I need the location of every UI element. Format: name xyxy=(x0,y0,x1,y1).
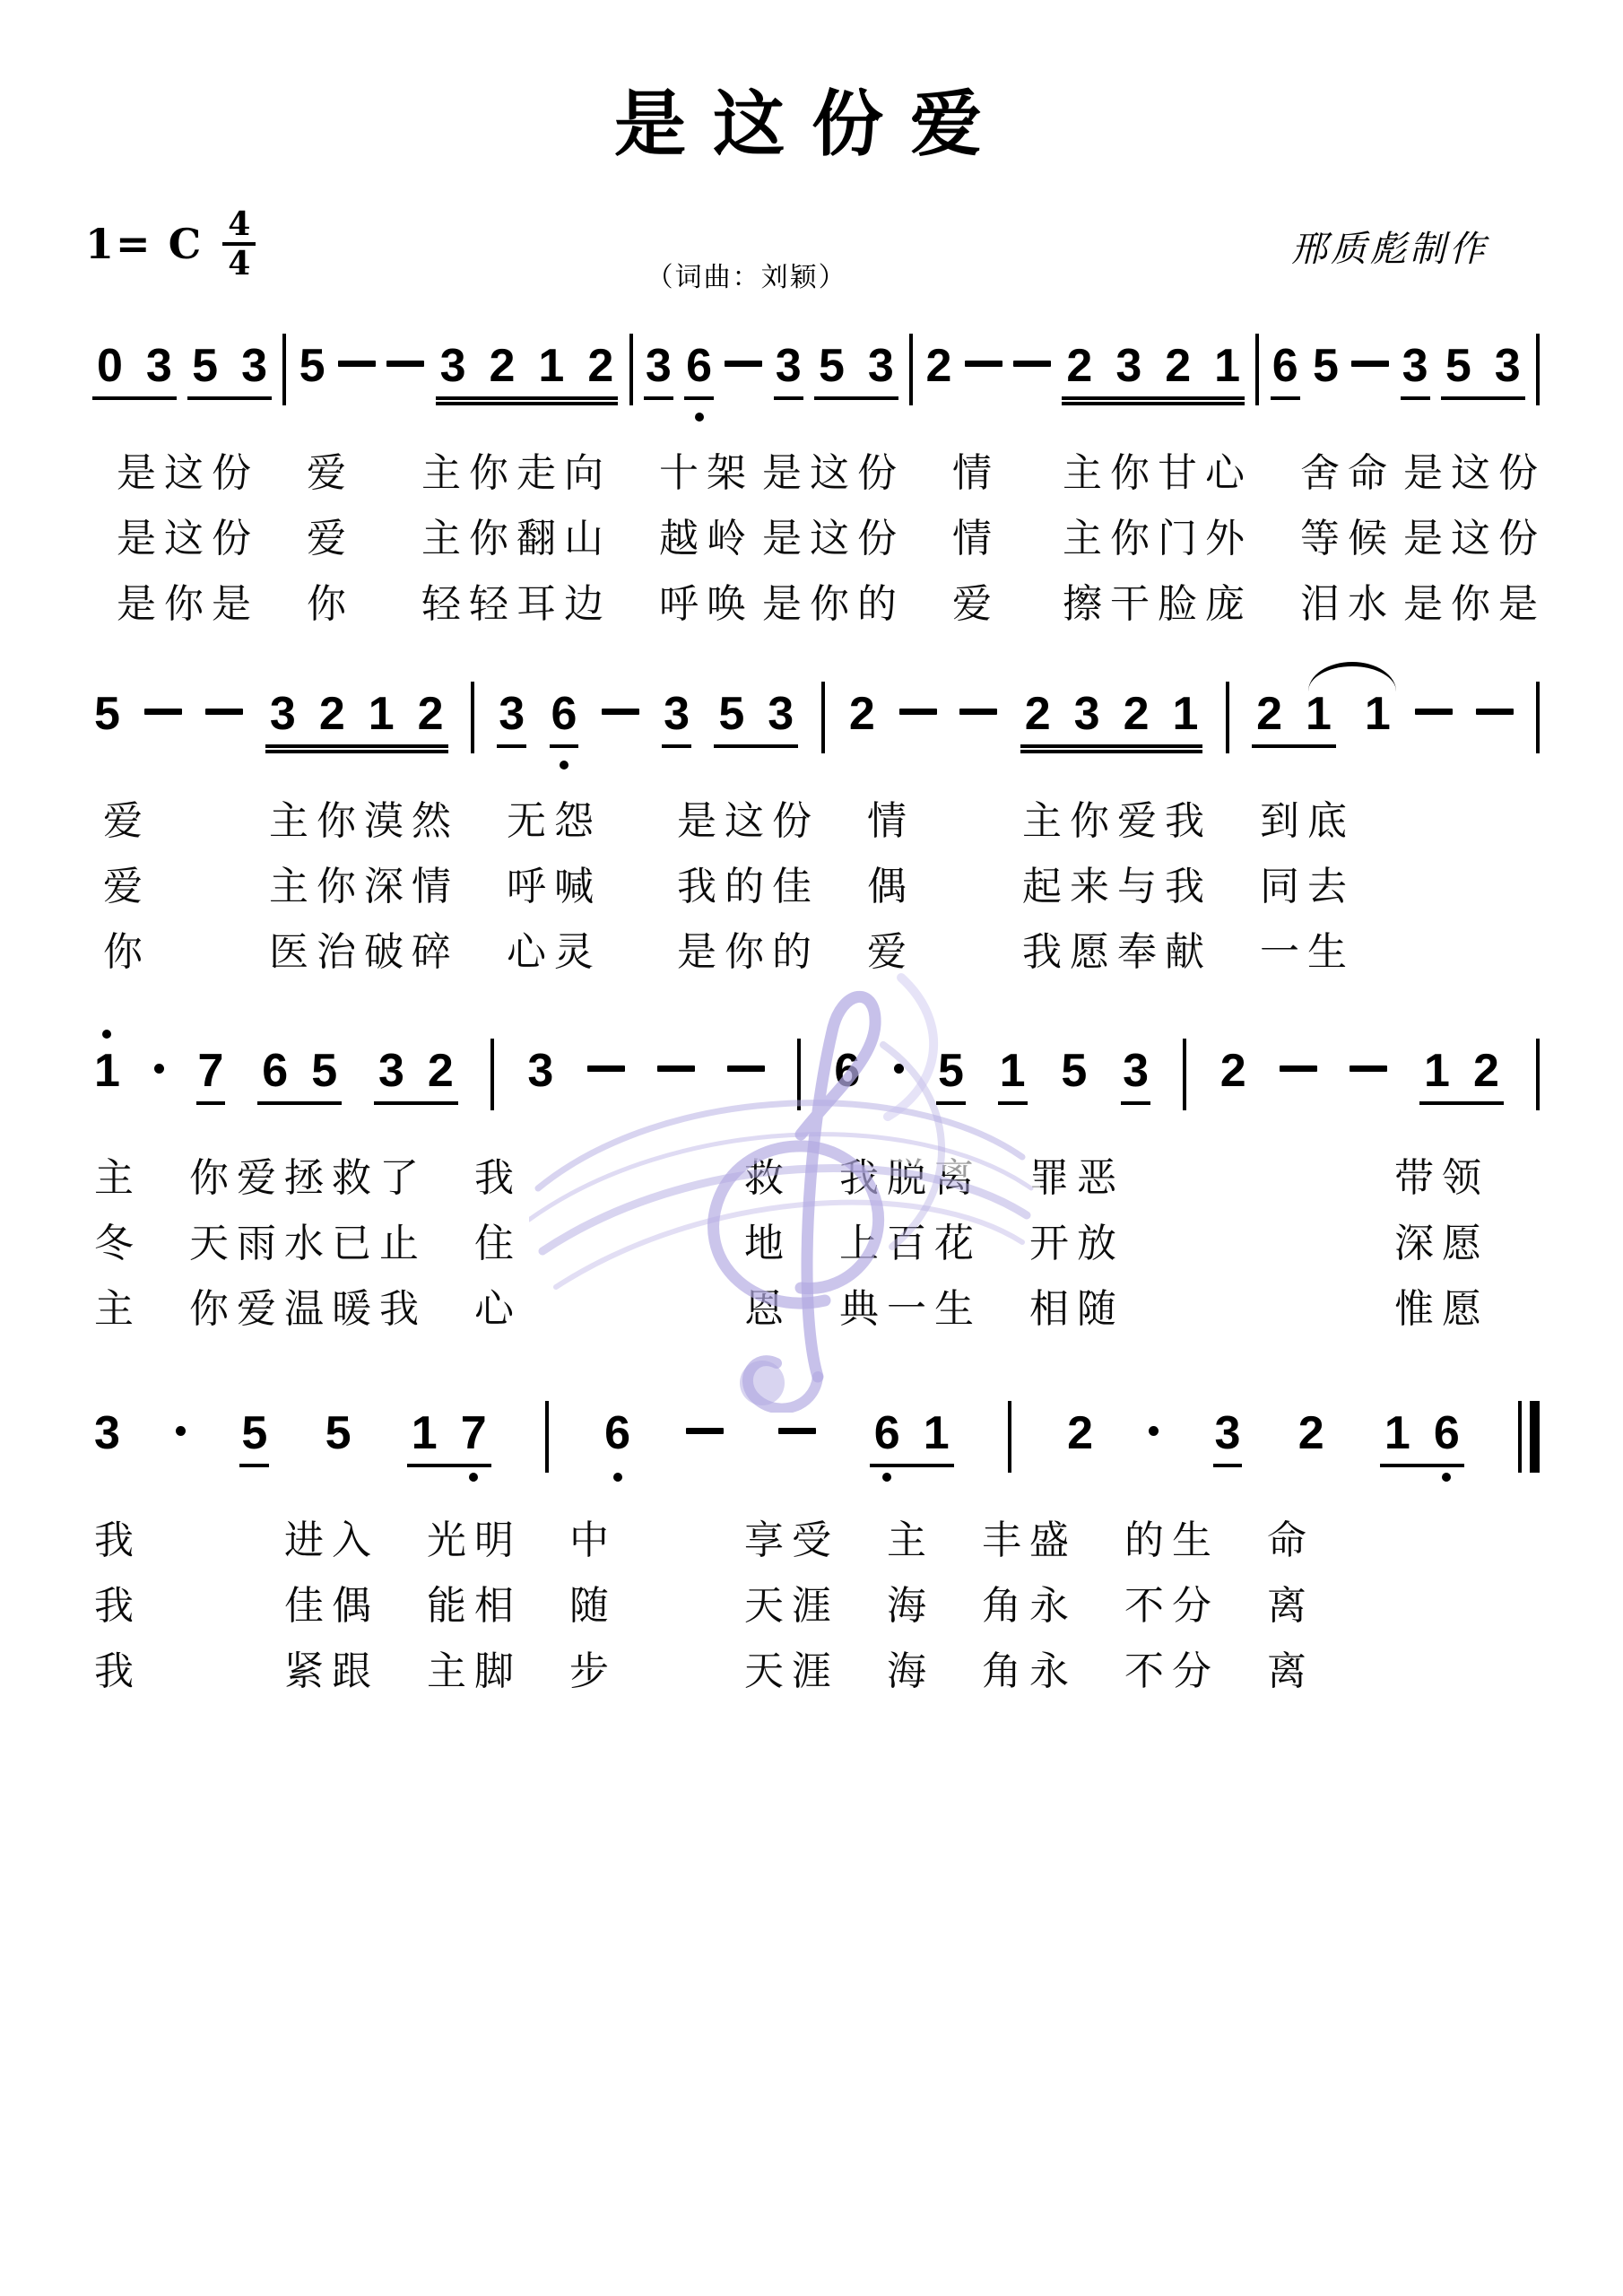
lyric-segment: 是这份 爱 xyxy=(117,518,421,560)
duration-dash xyxy=(778,1428,816,1434)
note-digit: 2 xyxy=(428,1048,454,1094)
note-digit: 3 xyxy=(440,343,466,389)
duration-dash xyxy=(602,709,639,715)
note-digit: 1 xyxy=(1306,691,1332,737)
note-digit: 1 xyxy=(1000,1048,1026,1094)
lyrics-row-verse2: 是这份 爱主你翻山 越岭是这份 情主你门外 等候是这份 xyxy=(85,518,1547,560)
note-digit: 1 xyxy=(1365,691,1391,737)
note-digit: 7 xyxy=(461,1410,487,1457)
note: 2 xyxy=(319,691,345,737)
note-digit: 2 xyxy=(418,691,444,737)
lyric-segment: 天涯 海 角永 不分 离 xyxy=(744,1651,1315,1692)
lyrics-row-verse2: 冬 天雨水已止 住地 上百花 开放深愿 xyxy=(85,1223,1547,1265)
note-digit: 5 xyxy=(938,1048,964,1094)
note: 3 xyxy=(378,1048,404,1094)
note-digit: 2 xyxy=(849,691,875,737)
lyric-segment: 深愿 xyxy=(1394,1223,1489,1265)
note-digit: 6 xyxy=(834,1048,860,1094)
note-digit: 2 xyxy=(1165,343,1191,389)
music-system-3: 176532365153212 主 你爱拯救了 我救 我脱离 罪恶带领 冬 天雨… xyxy=(85,1028,1547,1331)
note: 2 xyxy=(1473,1048,1499,1094)
note: 5 xyxy=(92,691,122,737)
note: 1 xyxy=(924,1410,950,1457)
note: 3 xyxy=(1115,343,1141,389)
note-digit: 2 xyxy=(319,691,345,737)
note: 1 xyxy=(1306,691,1332,737)
note-digit: 5 xyxy=(311,1048,337,1094)
note-digit: 5 xyxy=(299,343,325,389)
barline xyxy=(1536,682,1540,753)
note: 3 xyxy=(662,691,691,748)
lyric-segment: 你 xyxy=(103,932,269,973)
note: 3 xyxy=(1401,343,1430,400)
note: 7 xyxy=(196,1048,226,1105)
note: 6 xyxy=(832,1048,862,1094)
beam-group: 32 xyxy=(374,1048,458,1105)
duration-dash xyxy=(587,1065,625,1072)
beam-group: 3212 xyxy=(265,691,448,748)
note: 1 xyxy=(538,343,564,389)
barline xyxy=(1226,682,1229,753)
barline xyxy=(909,334,913,405)
note-digit: 6 xyxy=(686,343,712,389)
duration-dash xyxy=(1350,1065,1387,1072)
note: 1 xyxy=(1384,1410,1410,1457)
note: 6 xyxy=(874,1410,900,1457)
barline xyxy=(471,682,474,753)
notation-line: 532123635322321211 xyxy=(85,671,1547,777)
beam-group: 17 xyxy=(407,1410,491,1467)
duration-dash xyxy=(727,1065,765,1072)
duration-dash xyxy=(959,709,997,715)
lyric-segment: 我 进入 光明 中 xyxy=(94,1520,744,1561)
barline xyxy=(1183,1039,1186,1110)
note-digit: 6 xyxy=(604,1410,630,1457)
note: 0 xyxy=(97,343,123,389)
note-digit: 3 xyxy=(1115,343,1141,389)
time-signature: 4 4 xyxy=(222,208,256,280)
lyric-segment: 爱 xyxy=(103,801,269,842)
lyrics-row-verse2: 我 佳偶 能相 随天涯 海 角永 不分 离 xyxy=(85,1586,1547,1627)
note: 2 xyxy=(924,343,954,389)
note: 3 xyxy=(497,691,526,748)
note: 7 xyxy=(461,1410,487,1457)
note: 2 xyxy=(1025,691,1051,737)
key-label: 1= C xyxy=(85,220,203,268)
lyric-segment: 我的佳 偶 xyxy=(677,866,1022,908)
duration-dash xyxy=(144,709,182,715)
duration-dash xyxy=(657,1065,695,1072)
note: 3 xyxy=(1213,1410,1243,1467)
note-digit: 3 xyxy=(378,1048,404,1094)
barline xyxy=(490,1039,494,1110)
note-digit: 5 xyxy=(1445,343,1471,389)
note-digit: 2 xyxy=(1066,343,1092,389)
note: 5 xyxy=(819,343,845,389)
note-digit: 2 xyxy=(1298,1410,1324,1457)
note: 2 xyxy=(1066,343,1092,389)
note-digit: 1 xyxy=(94,1048,120,1094)
note-digit: 1 xyxy=(1214,343,1240,389)
note-digit: 1 xyxy=(1424,1048,1450,1094)
note: 3 xyxy=(868,343,894,389)
notation-line: 3551766123216 xyxy=(85,1390,1547,1496)
duration-dash xyxy=(686,1428,724,1434)
lyrics-row-verse2: 爱主你深情 呼喊我的佳 偶起来与我 同去 xyxy=(85,866,1547,908)
augmentation-dot xyxy=(894,1064,904,1074)
lyric-segment: 是你是 你 xyxy=(117,584,421,625)
note-digit: 3 xyxy=(1495,343,1521,389)
note-digit: 1 xyxy=(412,1410,438,1457)
note-digit: 5 xyxy=(192,343,218,389)
note: 2 xyxy=(490,343,516,389)
octave-down-dot xyxy=(560,761,568,770)
lyric-segment: 是这份 爱 xyxy=(117,453,421,494)
lyrics-row-verse3: 你医治破碎 心灵是你的 爱我愿奉献 一生 xyxy=(85,932,1547,973)
lyric-segment: 主 你爱拯救了 我 xyxy=(94,1158,744,1199)
note-digit: 2 xyxy=(1473,1048,1499,1094)
duration-dash xyxy=(1476,709,1514,715)
lyric-segment: 主 你爱温暖我 心 xyxy=(94,1289,744,1330)
lyric-segment: 是你的 爱 xyxy=(677,932,1022,973)
lyric-segment: 恩 典一生 相随 xyxy=(744,1289,1394,1330)
lyrics-row-verse3: 是你是 你轻轻耳边 呼唤是你的 爱擦干脸庞 泪水是你是 xyxy=(85,584,1547,625)
beam-group: 61 xyxy=(870,1410,954,1467)
sheet-page: 是这份爱 1= C 4 4 （词曲：刘颖） 邢质彪制作 035353212363… xyxy=(0,0,1623,2296)
note-digit: 6 xyxy=(874,1410,900,1457)
lyric-segment: 我 紧跟 主脚 步 xyxy=(94,1651,744,1692)
note: 1 xyxy=(412,1410,438,1457)
note: 2 xyxy=(1124,691,1150,737)
augmentation-dot xyxy=(176,1426,186,1436)
note-digit: 3 xyxy=(94,1410,120,1457)
note-digit: 5 xyxy=(241,1410,267,1457)
maker-credit: 邢质彪制作 xyxy=(1291,221,1488,272)
note-digit: 3 xyxy=(1215,1410,1241,1457)
lyrics-row-verse1: 是这份 爱主你走向 十架是这份 情主你甘心 舍命是这份 xyxy=(85,453,1547,494)
note-digit: 1 xyxy=(1384,1410,1410,1457)
note-digit: 1 xyxy=(369,691,395,737)
duration-dash xyxy=(1280,1065,1317,1072)
note-digit: 3 xyxy=(270,691,296,737)
lyric-segment: 轻轻耳边 呼唤 xyxy=(421,584,762,625)
lyric-segment: 主你甘心 舍命 xyxy=(1063,453,1403,494)
lyric-segment: 带领 xyxy=(1394,1158,1489,1199)
music-system-4: 3551766123216 我 进入 光明 中享受 主 丰盛 的生 命 我 佳偶… xyxy=(85,1390,1547,1693)
note-digit: 7 xyxy=(198,1048,224,1094)
barline xyxy=(282,334,286,405)
octave-down-dot xyxy=(1442,1473,1451,1482)
lyric-segment: 主你漠然 无怨 xyxy=(269,801,677,842)
lyric-segment: 我愿奉献 一生 xyxy=(1022,932,1355,973)
note-digit: 5 xyxy=(1061,1048,1087,1094)
note-digit: 5 xyxy=(325,1410,352,1457)
note: 2 xyxy=(847,691,877,737)
barline xyxy=(545,1401,549,1473)
duration-dash xyxy=(725,361,762,367)
lyric-segment: 是这份 xyxy=(1403,518,1546,560)
note-digit: 3 xyxy=(1074,691,1100,737)
note-digit: 0 xyxy=(97,343,123,389)
augmentation-dot xyxy=(1149,1426,1159,1436)
duration-dash xyxy=(1351,361,1389,367)
lyric-segment: 主你深情 呼喊 xyxy=(269,866,677,908)
note: 5 xyxy=(311,1048,337,1094)
barline xyxy=(1255,334,1259,405)
duration-dash xyxy=(1013,361,1051,367)
note: 5 xyxy=(239,1410,269,1467)
lyric-segment: 主你爱我 到底 xyxy=(1022,801,1355,842)
barline xyxy=(797,1039,801,1110)
beam-group: 21 xyxy=(1252,691,1336,748)
note-digit: 5 xyxy=(94,691,120,737)
note: 1 xyxy=(998,1048,1028,1105)
lyric-segment: 擦干脸庞 泪水 xyxy=(1063,584,1403,625)
lyric-segment: 主你走向 十架 xyxy=(421,453,762,494)
note-digit: 3 xyxy=(768,691,794,737)
note: 3 xyxy=(1121,1048,1150,1105)
note: 2 xyxy=(1165,343,1191,389)
note: 5 xyxy=(718,691,744,737)
lyric-segment: 是这份 情 xyxy=(677,801,1022,842)
note: 3 xyxy=(525,1048,555,1094)
note-digit: 1 xyxy=(1173,691,1199,737)
note-digit: 3 xyxy=(646,343,672,389)
lyric-segment: 主你翻山 越岭 xyxy=(421,518,762,560)
note-digit: 3 xyxy=(664,691,690,737)
notation-line: 176532365153212 xyxy=(85,1028,1547,1134)
note-digit: 3 xyxy=(499,691,525,737)
lyric-segment: 起来与我 同去 xyxy=(1022,866,1355,908)
note-digit: 3 xyxy=(1402,343,1428,389)
lyric-segment: 是你的 爱 xyxy=(762,584,1063,625)
note: 3 xyxy=(241,343,267,389)
augmentation-dot xyxy=(154,1064,164,1074)
note: 3 xyxy=(92,1410,122,1457)
lyrics-row-verse3: 我 紧跟 主脚 步天涯 海 角永 不分 离 xyxy=(85,1651,1547,1692)
beam-group: 2321 xyxy=(1020,691,1203,748)
duration-dash xyxy=(386,361,424,367)
note: 6 xyxy=(684,343,714,400)
note-digit: 1 xyxy=(924,1410,950,1457)
note: 3 xyxy=(774,343,803,400)
note-digit: 5 xyxy=(718,691,744,737)
barline xyxy=(821,682,825,753)
note: 2 xyxy=(418,691,444,737)
music-system-1: 035353212363532232165353 是这份 爱主你走向 十架是这份… xyxy=(85,323,1547,626)
time-signature-bottom: 4 xyxy=(228,246,250,280)
note: 1 xyxy=(1363,691,1393,748)
note: 6 xyxy=(1271,343,1300,400)
song-title: 是这份爱 xyxy=(0,66,1623,170)
beam-group: 53 xyxy=(187,343,272,400)
duration-dash xyxy=(338,361,376,367)
note-digit: 2 xyxy=(926,343,952,389)
lyric-segment: 救 我脱离 罪恶 xyxy=(744,1158,1394,1199)
note-digit: 6 xyxy=(551,691,577,737)
beam-group: 53 xyxy=(714,691,798,748)
barline xyxy=(629,334,633,405)
octave-down-dot xyxy=(695,413,704,422)
note: 3 xyxy=(768,691,794,737)
note: 6 xyxy=(550,691,579,748)
note: 5 xyxy=(324,1410,353,1457)
note-digit: 3 xyxy=(241,343,267,389)
note-digit: 3 xyxy=(527,1048,553,1094)
final-barline xyxy=(1518,1401,1540,1473)
octave-up-dot xyxy=(102,1030,111,1039)
note: 3 xyxy=(644,343,673,400)
final-barline-thin xyxy=(1518,1401,1522,1473)
note-digit: 5 xyxy=(1313,343,1339,389)
note-digit: 3 xyxy=(776,343,802,389)
barline xyxy=(1536,1039,1540,1110)
lyric-segment: 天涯 海 角永 不分 离 xyxy=(744,1586,1315,1627)
note-digit: 5 xyxy=(819,343,845,389)
note-digit: 1 xyxy=(538,343,564,389)
lyric-segment: 是这份 xyxy=(1403,453,1546,494)
note: 2 xyxy=(1219,1048,1248,1094)
note: 1 xyxy=(92,1048,122,1094)
lyrics-row-verse3: 主 你爱温暖我 心恩 典一生 相随惟愿 xyxy=(85,1289,1547,1330)
beam-group: 03 xyxy=(92,343,177,400)
barline xyxy=(1536,334,1540,405)
note-digit: 2 xyxy=(490,343,516,389)
note: 5 xyxy=(936,1048,966,1105)
note-digit: 2 xyxy=(1220,1048,1246,1094)
lyric-segment: 是你是 xyxy=(1403,584,1546,625)
note: 1 xyxy=(369,691,395,737)
beam-group: 16 xyxy=(1380,1410,1464,1467)
note: 1 xyxy=(1214,343,1240,389)
lyric-segment: 享受 主 丰盛 的生 命 xyxy=(744,1520,1315,1561)
note-digit: 6 xyxy=(262,1048,288,1094)
note: 6 xyxy=(262,1048,288,1094)
note-digit: 2 xyxy=(1025,691,1051,737)
lyric-segment: 医治破碎 心灵 xyxy=(269,932,677,973)
note: 2 xyxy=(428,1048,454,1094)
note-digit: 2 xyxy=(587,343,613,389)
note: 5 xyxy=(298,343,327,389)
lyric-segment: 爱 xyxy=(103,866,269,908)
note-digit: 2 xyxy=(1256,691,1282,737)
beam-group: 3212 xyxy=(436,343,619,400)
lyric-segment: 地 上百花 开放 xyxy=(744,1223,1394,1265)
note: 3 xyxy=(1074,691,1100,737)
note: 1 xyxy=(1424,1048,1450,1094)
note-digit: 6 xyxy=(1272,343,1298,389)
beam-group: 53 xyxy=(1441,343,1525,400)
notation-line: 035353212363532232165353 xyxy=(85,323,1547,429)
lyrics-row-verse1: 主 你爱拯救了 我救 我脱离 罪恶带领 xyxy=(85,1158,1547,1199)
note-digit: 3 xyxy=(1123,1048,1149,1094)
lyric-segment: 我 佳偶 能相 随 xyxy=(94,1586,744,1627)
beam-group: 65 xyxy=(257,1048,342,1105)
note-digit: 3 xyxy=(868,343,894,389)
lyric-segment: 惟愿 xyxy=(1394,1289,1489,1330)
key-signature: 1= C 4 4 xyxy=(85,208,256,280)
note: 6 xyxy=(603,1410,632,1457)
duration-dash xyxy=(205,709,243,715)
barline xyxy=(1008,1401,1011,1473)
note: 5 xyxy=(1059,1048,1089,1094)
lyric-segment: 冬 天雨水已止 住 xyxy=(94,1223,744,1265)
duration-dash xyxy=(1415,709,1453,715)
note: 6 xyxy=(1434,1410,1460,1457)
note: 2 xyxy=(1065,1410,1095,1457)
octave-down-dot xyxy=(613,1473,622,1482)
note-digit: 6 xyxy=(1434,1410,1460,1457)
note: 3 xyxy=(1495,343,1521,389)
note-digit: 2 xyxy=(1067,1410,1093,1457)
note-digit: 3 xyxy=(146,343,172,389)
lyric-segment: 是这份 情 xyxy=(762,518,1063,560)
note: 3 xyxy=(440,343,466,389)
note: 5 xyxy=(192,343,218,389)
duration-dash xyxy=(899,709,937,715)
duration-dash xyxy=(965,361,1002,367)
note: 3 xyxy=(270,691,296,737)
note: 1 xyxy=(1173,691,1199,737)
time-signature-top: 4 xyxy=(222,208,256,246)
note: 2 xyxy=(1297,1410,1326,1457)
lyrics-row-verse1: 爱主你漠然 无怨是这份 情主你爱我 到底 xyxy=(85,801,1547,842)
beam-group: 2321 xyxy=(1062,343,1245,400)
note: 2 xyxy=(587,343,613,389)
beam-group: 53 xyxy=(814,343,898,400)
octave-down-dot xyxy=(882,1473,891,1482)
note-digit: 2 xyxy=(1124,691,1150,737)
lyric-segment: 是这份 情 xyxy=(762,453,1063,494)
music-system-2: 532123635322321211 爱主你漠然 无怨是这份 情主你爱我 到底 … xyxy=(85,671,1547,974)
tie-group: 211 xyxy=(1252,691,1393,748)
final-barline-thick xyxy=(1530,1401,1540,1473)
note: 5 xyxy=(1311,343,1341,389)
octave-down-dot xyxy=(469,1473,478,1482)
note: 3 xyxy=(146,343,172,389)
note: 2 xyxy=(1256,691,1282,737)
note: 5 xyxy=(1445,343,1471,389)
composer-credit: （词曲：刘颖） xyxy=(647,255,847,294)
beam-group: 12 xyxy=(1419,1048,1504,1105)
lyric-segment: 主你门外 等候 xyxy=(1063,518,1403,560)
lyrics-row-verse1: 我 进入 光明 中享受 主 丰盛 的生 命 xyxy=(85,1520,1547,1561)
